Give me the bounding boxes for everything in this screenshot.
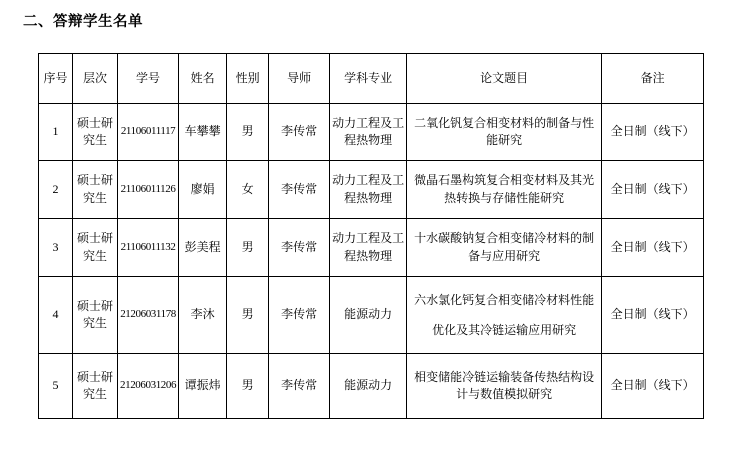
cell-major: 动力工程及工程热物理: [330, 219, 407, 277]
cell-note: 全日制（线下）: [602, 354, 704, 419]
table-row: 3硕士研究生21106011132彭美程男李传常动力工程及工程热物理十水碳酸钠复…: [39, 219, 704, 277]
cell-supervisor: 李传常: [269, 354, 330, 419]
cell-level: 硕士研究生: [73, 161, 118, 219]
cell-name: 车攀攀: [179, 104, 227, 161]
cell-note: 全日制（线下）: [602, 219, 704, 277]
column-header-thesis_title: 论文题目: [407, 54, 602, 104]
cell-major: 能源动力: [330, 277, 407, 354]
column-header-supervisor: 导师: [269, 54, 330, 104]
cell-name: 谭振炜: [179, 354, 227, 419]
column-header-name: 姓名: [179, 54, 227, 104]
column-header-gender: 性别: [227, 54, 269, 104]
cell-gender: 男: [227, 219, 269, 277]
cell-student_id: 21206031178: [118, 277, 179, 354]
column-header-note: 备注: [602, 54, 704, 104]
section-title: 二、答辩学生名单: [23, 10, 143, 31]
cell-gender: 女: [227, 161, 269, 219]
cell-thesis_title: 相变储能冷链运输装备传热结构设计与数值模拟研究: [407, 354, 602, 419]
cell-thesis_title: 二氧化钒复合相变材料的制备与性能研究: [407, 104, 602, 161]
cell-level: 硕士研究生: [73, 354, 118, 419]
cell-thesis_title: 六水氯化钙复合相变储冷材料性能优化及其冷链运输应用研究: [407, 277, 602, 354]
cell-student_id: 21106011117: [118, 104, 179, 161]
column-header-no: 序号: [39, 54, 73, 104]
cell-note: 全日制（线下）: [602, 277, 704, 354]
cell-gender: 男: [227, 354, 269, 419]
cell-level: 硕士研究生: [73, 104, 118, 161]
cell-gender: 男: [227, 277, 269, 354]
cell-thesis_title: 十水碳酸钠复合相变储冷材料的制备与应用研究: [407, 219, 602, 277]
table-row: 5硕士研究生21206031206谭振炜男李传常能源动力相变储能冷链运输装备传热…: [39, 354, 704, 419]
cell-level: 硕士研究生: [73, 277, 118, 354]
cell-supervisor: 李传常: [269, 277, 330, 354]
document-page: 二、答辩学生名单 序号层次学号姓名性别导师学科专业论文题目备注 1硕士研究生21…: [0, 0, 756, 455]
cell-no: 3: [39, 219, 73, 277]
cell-level: 硕士研究生: [73, 219, 118, 277]
cell-major: 动力工程及工程热物理: [330, 104, 407, 161]
cell-note: 全日制（线下）: [602, 161, 704, 219]
cell-note: 全日制（线下）: [602, 104, 704, 161]
table-row: 2硕士研究生21106011126廖娟女李传常动力工程及工程热物理微晶石墨构筑复…: [39, 161, 704, 219]
table-row: 4硕士研究生21206031178李沐男李传常能源动力六水氯化钙复合相变储冷材料…: [39, 277, 704, 354]
cell-student_id: 21106011132: [118, 219, 179, 277]
column-header-level: 层次: [73, 54, 118, 104]
cell-supervisor: 李传常: [269, 161, 330, 219]
cell-student_id: 21206031206: [118, 354, 179, 419]
cell-name: 廖娟: [179, 161, 227, 219]
column-header-major: 学科专业: [330, 54, 407, 104]
column-header-student_id: 学号: [118, 54, 179, 104]
cell-gender: 男: [227, 104, 269, 161]
cell-thesis_title: 微晶石墨构筑复合相变材料及其光热转换与存储性能研究: [407, 161, 602, 219]
cell-major: 能源动力: [330, 354, 407, 419]
cell-student_id: 21106011126: [118, 161, 179, 219]
cell-supervisor: 李传常: [269, 104, 330, 161]
cell-major: 动力工程及工程热物理: [330, 161, 407, 219]
table-body: 1硕士研究生21106011117车攀攀男李传常动力工程及工程热物理二氧化钒复合…: [39, 104, 704, 419]
cell-no: 2: [39, 161, 73, 219]
cell-no: 4: [39, 277, 73, 354]
cell-name: 彭美程: [179, 219, 227, 277]
students-table: 序号层次学号姓名性别导师学科专业论文题目备注 1硕士研究生21106011117…: [38, 53, 704, 419]
cell-no: 1: [39, 104, 73, 161]
cell-supervisor: 李传常: [269, 219, 330, 277]
cell-no: 5: [39, 354, 73, 419]
table-row: 1硕士研究生21106011117车攀攀男李传常动力工程及工程热物理二氧化钒复合…: [39, 104, 704, 161]
cell-name: 李沐: [179, 277, 227, 354]
header-row: 序号层次学号姓名性别导师学科专业论文题目备注: [39, 54, 704, 104]
